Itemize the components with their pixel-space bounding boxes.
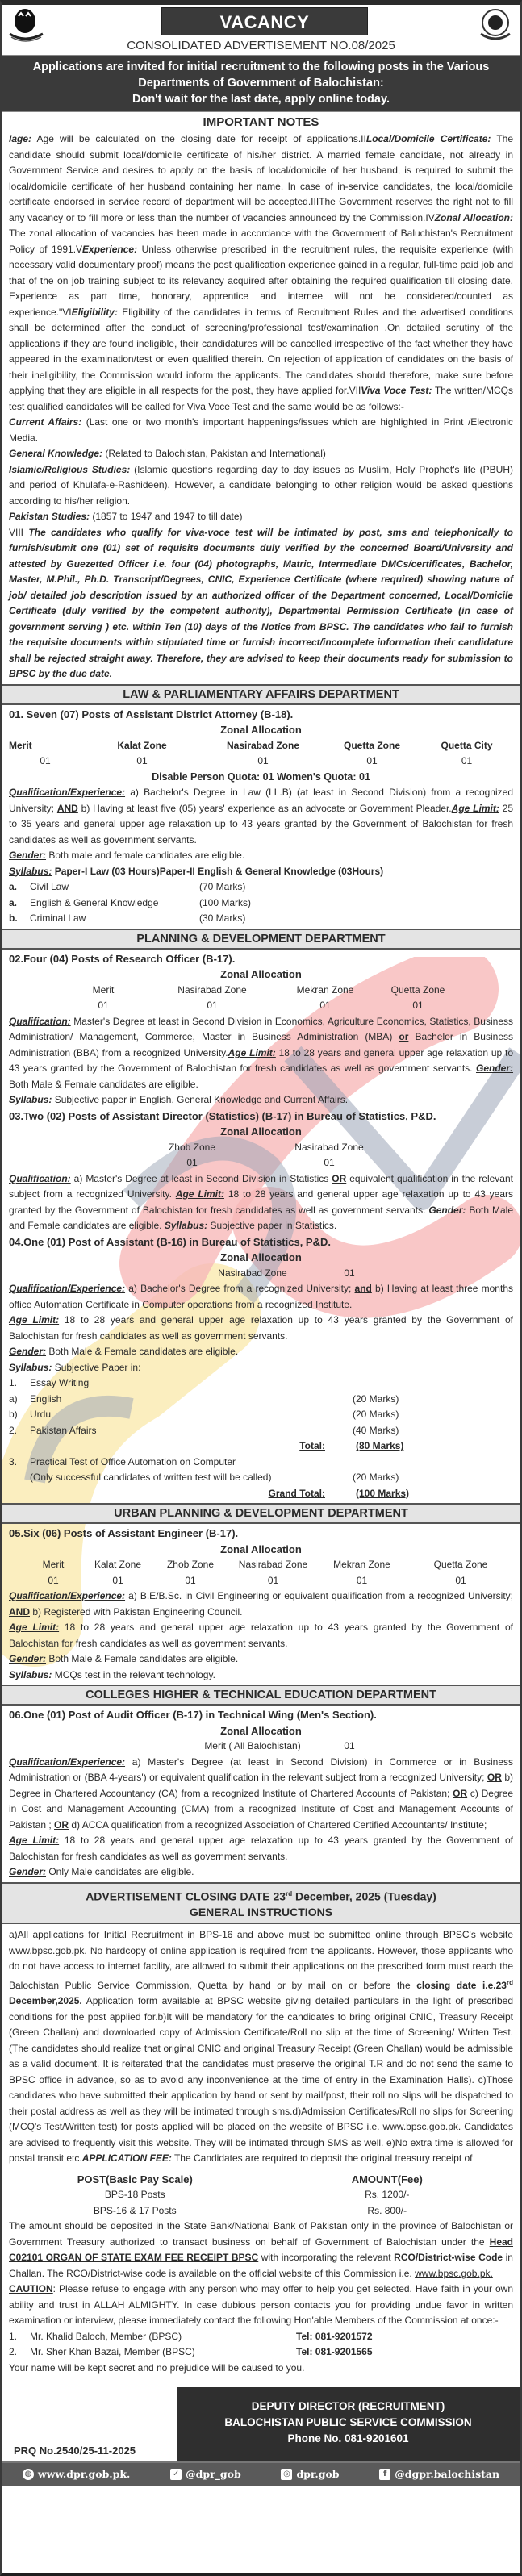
text: Both Male & Female candidates are eligib… [46, 1346, 238, 1357]
text: or [399, 1031, 408, 1042]
signatory-phone: Phone No. 081-9201601 [177, 2431, 520, 2447]
social-link[interactable]: f@dgpr.balochistan [379, 2466, 499, 2482]
label: Age Limit: [176, 1188, 224, 1200]
zone-name: Merit [25, 1557, 81, 1573]
zone-count: 01 [404, 1573, 517, 1589]
label: Gender: [428, 1204, 466, 1216]
zone-count: 01 [81, 1573, 154, 1589]
signatory-organization: BALOCHISTAN PUBLIC SERVICE COMMISSION [177, 2415, 520, 2431]
zone-count: 01 [269, 998, 382, 1014]
social-links-bar: ◍www.dpr.gob.pk.✓@dpr_gob◎dpr.gobf@dgpr.… [2, 2461, 520, 2486]
member-number: 1. [9, 2329, 30, 2345]
post-title: 03.Two (02) Posts of Assistant Director … [2, 1108, 520, 1125]
subject-marks: (20 Marks) [353, 1392, 433, 1408]
subject-name: Essay Writing [30, 1376, 353, 1392]
zonal-allocation-table: MeritKalat ZoneNasirabad ZoneQuetta Zone… [2, 738, 520, 770]
subject-marks: (30 Marks) [199, 911, 296, 927]
social-handle: @dpr_gob [186, 2466, 241, 2482]
label: Age Limit: [9, 1835, 59, 1846]
fee-post: BPS-18 Posts [9, 2187, 261, 2203]
grand-total-row: Grand Total:(100 Marks) [2, 1486, 520, 1502]
fee-amount: Rs. 1200/- [261, 2187, 514, 2203]
banner-line: Departments of Government of Balochistan… [2, 75, 520, 91]
note-label: Zonal Allocation: [435, 212, 513, 223]
post-title: 06.One (01) Post of Audit Officer (B-17)… [2, 1707, 520, 1723]
zone-name: Merit [9, 738, 81, 754]
syllabus: Syllabus: Subjective Paper in: [2, 1360, 520, 1376]
text: The amount should be deposited in the St… [9, 2220, 513, 2248]
note-text: The candidate should submit local/domici… [9, 133, 513, 223]
syllabus: Syllabus: Paper-I Law (03 Hours)Paper-II… [2, 864, 520, 880]
text: Subjective paper in English, General Kno… [52, 1094, 348, 1105]
zone-name: Nasirabad Zone [261, 1140, 398, 1156]
member-row: 1.Mr. Khalid Baloch, Member (BPSC)Tel: 0… [2, 2329, 520, 2345]
item-marks: (20 Marks) [353, 1470, 433, 1486]
post-title: 04.One (01) Post of Assistant (B-16) in … [2, 1234, 520, 1250]
fee-table: POST(Basic Pay Scale) AMOUNT(Fee) BPS-18… [2, 2167, 520, 2219]
member-phone: Tel: 081-9201572 [296, 2329, 457, 2345]
gender: Gender: Both Male & Female candidates ar… [2, 1651, 520, 1668]
label: Age Limit: [9, 1314, 59, 1326]
viva-current-affairs: Current Affairs: (Last one or two month'… [2, 415, 520, 446]
label: Gender: [9, 1653, 46, 1664]
note-text: (Related to Balochistan, Pakistan and In… [102, 448, 326, 459]
syllabus-subject-row: 2.Pakistan Affairs(40 Marks) [2, 1423, 520, 1439]
gender: Gender: Only Male candidates are eligibl… [2, 1864, 520, 1881]
practical-note-row: (Only successful candidates of written t… [2, 1470, 520, 1486]
total-marks: (80 Marks) [356, 1438, 436, 1455]
department-planning-development: PLANNING & DEVELOPMENT DEPARTMENT [2, 929, 520, 950]
syllabus-subject-row: b)Urdu(20 Marks) [2, 1407, 520, 1423]
subject-marks: (70 Marks) [199, 879, 296, 896]
grand-total-marks: (100 Marks) [356, 1486, 436, 1502]
note-label: Iage: [9, 133, 31, 144]
label: Syllabus: [9, 1094, 52, 1105]
zone-name: Nasirabad Zone [156, 983, 269, 999]
text: OR [487, 1772, 502, 1783]
text: Subjective paper in Statistics. [207, 1220, 336, 1231]
zone-name: Nasirabad Zone [203, 738, 324, 754]
note-label: Pakistan Studies: [9, 511, 90, 522]
zone-count: 01 [154, 1573, 227, 1589]
subject-name: English [30, 1392, 353, 1408]
gender: Gender: Both Male & Female candidates ar… [2, 1344, 520, 1360]
note-viii: VIII The candidates who qualify for viva… [2, 525, 520, 683]
social-link[interactable]: ◍www.dpr.gob.pk. [23, 2466, 131, 2482]
syllabus-subjects: a.Civil Law(70 Marks)a.English & General… [2, 879, 520, 927]
label: Qualification/Experience: [9, 787, 125, 798]
zone-name: Quetta Zone [324, 738, 420, 754]
subject-name: Pakistan Affairs [30, 1423, 353, 1439]
label: Syllabus: [9, 1362, 52, 1373]
text: OR [54, 1819, 69, 1831]
zone-count: 01 [25, 1573, 81, 1589]
subject-number: 2. [9, 1423, 30, 1439]
text: MCQs test in the relevant technology. [52, 1669, 215, 1680]
closing-date: ADVERTISEMENT CLOSING DATE 23rd December… [2, 1886, 520, 1905]
deposit-instructions: The amount should be deposited in the St… [2, 2219, 520, 2282]
text: December,2025. [9, 1995, 82, 2006]
commission-members: 1.Mr. Khalid Baloch, Member (BPSC)Tel: 0… [2, 2329, 520, 2361]
label: Age Limit: [452, 803, 499, 814]
member-row: 2.Mr. Sher Khan Bazai, Member (BPSC)Tel:… [2, 2344, 520, 2361]
member-name: Mr. Sher Khan Bazai, Member (BPSC) [30, 2344, 296, 2361]
viva-pakistan-studies: Pakistan Studies: (1857 to 1947 and 1947… [2, 509, 520, 525]
zonal-allocation-label: Zonal Allocation [2, 1542, 520, 1558]
label: Qualification: [9, 1173, 71, 1184]
vacancy-title: VACANCY [161, 7, 368, 35]
caution-text: : Please refuse to engage with any perso… [9, 2283, 513, 2326]
social-link[interactable]: ◎dpr.gob [281, 2466, 339, 2482]
item-name: Practical Test of Office Automation on C… [30, 1455, 353, 1471]
zonal-allocation-label: Zonal Allocation [2, 1723, 520, 1739]
subject-number: a. [9, 896, 30, 912]
member-phone: Tel: 081-9201565 [296, 2344, 457, 2361]
text: a) Master's Degree at least in Second Di… [71, 1173, 332, 1184]
text: closing date i.e.23 [416, 1980, 507, 1991]
total-label: Total: [243, 1438, 356, 1455]
zone-count: 01 [324, 754, 420, 770]
note-label: Experience: [82, 244, 137, 255]
closing-date-banner: ADVERTISEMENT CLOSING DATE 23rd December… [2, 1882, 520, 1925]
label: Syllabus: [9, 1669, 52, 1680]
footer: PRQ No.2540/25-11-2025 DEPUTY DIRECTOR (… [2, 2387, 520, 2461]
label: Age Limit: [228, 1047, 276, 1058]
zonal-allocation-table: Zhob ZoneNasirabad Zone0101 [2, 1140, 520, 1171]
text: 18 to 28 years and general upper age rel… [9, 1622, 513, 1649]
subject-name: Criminal Law [30, 911, 199, 927]
post-title: 05.Six (06) Posts of Assistant Engineer … [2, 1526, 520, 1542]
subject-marks: (40 Marks) [353, 1423, 433, 1439]
syllabus-subject-row: a)English(20 Marks) [2, 1392, 520, 1408]
label: Qualification/Experience: [9, 1590, 125, 1601]
zone-name: Zhob Zone [123, 1140, 261, 1156]
label: APPLICATION FEE: [82, 2152, 172, 2164]
subject-name: English & General Knowledge [30, 896, 199, 912]
note-text: Age will be calculated on the closing da… [31, 133, 366, 144]
text: d) ACCA qualification from a recognized … [69, 1819, 487, 1831]
vacancy-advertisement: VACANCY CONSOLIDATED ADVERTISEMENT NO.08… [0, 0, 522, 2576]
text: Subjective Paper in: [52, 1362, 140, 1373]
member-number: 2. [9, 2344, 30, 2361]
label: Qualification/Experience: [9, 1756, 125, 1768]
note-text: The candidates who qualify for viva-voce… [9, 527, 513, 680]
closing-date-text: December, 2025 (Tuesday) [292, 1889, 436, 1902]
subject-marks: (20 Marks) [353, 1407, 433, 1423]
fee-col-post: POST(Basic Pay Scale) [9, 2172, 261, 2188]
zone-count: 01 [156, 998, 269, 1014]
header: VACANCY CONSOLIDATED ADVERTISEMENT NO.08… [2, 5, 520, 55]
note-label: Eligibility: [72, 307, 118, 318]
zone-name: Quetta Zone [382, 983, 454, 999]
label: Qualification/Experience: [9, 1283, 125, 1294]
text: and [355, 1283, 372, 1294]
syllabus-subjects: 1.Essay Writinga)English(20 Marks)b)Urdu… [2, 1376, 520, 1438]
viva-islamic-studies: Islamic/Religious Studies: (Islamic ques… [2, 462, 520, 510]
twitter-icon: ✓ [170, 2469, 182, 2480]
secrecy-note: Your name will be kept secret and no pre… [2, 2361, 520, 2377]
department-urban-planning: URBAN PLANNING & DEVELOPMENT DEPARTMENT [2, 1503, 520, 1524]
age-limit: Age Limit: 18 to 28 years and general up… [2, 1313, 520, 1344]
zonal-allocation-table: MeritKalat ZoneZhob ZoneNasirabad ZoneMe… [2, 1557, 520, 1589]
closing-label: ADVERTISEMENT CLOSING DATE 23 [86, 1889, 286, 1902]
note-label: Current Affairs: [9, 416, 81, 428]
zone-count: 01 [123, 1155, 261, 1171]
zone-count: 01 [51, 998, 156, 1014]
item-note: (Only successful candidates of written t… [30, 1470, 353, 1486]
zonal-allocation-label: Zonal Allocation [2, 722, 520, 738]
text: 18 to 28 years and general upper age rel… [9, 1314, 513, 1342]
subject-number: b) [9, 1407, 30, 1423]
post-title: 01. Seven (07) Posts of Assistant Distri… [2, 707, 520, 723]
general-instructions-body: a)All applications for Initial Recruitme… [2, 1927, 520, 2167]
zone-name: Nasirabad Zone [227, 1557, 319, 1573]
text: a) B.E/B.Sc. in Civil Engineering or equ… [125, 1590, 513, 1601]
note-label: General Knowledge: [9, 448, 102, 459]
qualification: Qualification/Experience: a) Bachelor's … [2, 785, 520, 848]
zone-count: 01 [81, 754, 203, 770]
fee-col-amount: AMOUNT(Fee) [261, 2172, 514, 2188]
text: OR [332, 1173, 346, 1184]
zonal-allocation-label: Zonal Allocation [2, 1250, 520, 1266]
invitation-banner: Applications are invited for initial rec… [2, 55, 520, 112]
label: Syllabus: [9, 866, 52, 877]
qualification: Qualification: a) Master's Degree at lea… [2, 1171, 520, 1234]
label: Syllabus: [165, 1220, 207, 1231]
practical-test-row: 3.Practical Test of Office Automation on… [2, 1455, 520, 1471]
subject-number: a. [9, 879, 30, 896]
zone-name: Quetta Zone [404, 1557, 517, 1573]
zone-count: 01 [227, 1573, 319, 1589]
closing-sup: rd [286, 1890, 292, 1898]
qualification: Qualification: Master's Degree at least … [2, 1014, 520, 1093]
note-text: Eligibility of the candidates in terms o… [9, 307, 513, 397]
social-handle: @dgpr.balochistan [395, 2466, 499, 2482]
zone-count: 01 [420, 754, 513, 770]
subject-name: Urdu [30, 1407, 353, 1423]
zonal-allocation-label: Zonal Allocation [2, 967, 520, 983]
important-notes-title: IMPORTANT NOTES [2, 114, 520, 132]
zone-count: 01 [319, 1573, 404, 1589]
fee-amount: Rs. 800/- [261, 2203, 514, 2219]
zone-count: 01 [382, 998, 454, 1014]
note-text: (1857 to 1947 and 1947 to till date) [90, 511, 242, 522]
caution-label: CAUTION [9, 2283, 53, 2294]
subject-number: b. [9, 911, 30, 927]
bpsc-emblem-icon [476, 6, 515, 45]
important-notes-body: Iage: Age will be calculated on the clos… [2, 132, 520, 415]
label: Age Limit: [9, 1622, 59, 1633]
text: Application form available at BPSC websi… [9, 1995, 513, 2164]
bpsc-website-link[interactable]: www.bpsc.gob.pk. [415, 2268, 493, 2279]
caution: CAUTION: Please refuse to engage with an… [2, 2282, 520, 2329]
syllabus: Syllabus: Subjective paper in English, G… [2, 1092, 520, 1108]
text: AND [9, 1606, 30, 1618]
note-label: Islamic/Religious Studies: [9, 464, 130, 475]
zone-name: Merit [51, 983, 156, 999]
zonal-allocation-label: Zonal Allocation [2, 1124, 520, 1140]
signatory-box: DEPUTY DIRECTOR (RECRUITMENT) BALOCHISTA… [177, 2387, 520, 2461]
qualification: Qualification/Experience: a) Bachelor's … [2, 1281, 520, 1313]
syllabus-subject-row: b.Criminal Law(30 Marks) [2, 911, 520, 927]
gender: Gender: Both male and female candidates … [2, 848, 520, 864]
text: Both Male & Female candidates are eligib… [46, 1653, 238, 1664]
text: OR [453, 1788, 467, 1799]
zone-count: 01 [261, 1155, 398, 1171]
text: b) Having at least five (05) years' expe… [78, 803, 452, 814]
facebook-icon: f [379, 2469, 390, 2480]
text: 18 to 28 years and general upper age rel… [9, 1835, 513, 1862]
total-row: Total:(80 Marks) [2, 1438, 520, 1455]
viva-general-knowledge: General Knowledge: (Related to Balochist… [2, 446, 520, 462]
age-limit: Age Limit: 18 to 28 years and general up… [2, 1620, 520, 1651]
text: rd [507, 1979, 513, 1986]
post-title: 02.Four (04) Posts of Research Officer (… [2, 951, 520, 967]
text: Paper-I Law (03 Hours)Paper-II English &… [52, 866, 383, 877]
banner-line: Don't wait for the last date, apply onli… [2, 91, 520, 107]
social-handle: dpr.gob [296, 2466, 339, 2482]
label: Qualification: [9, 1016, 71, 1027]
zone-name: Quetta City [420, 738, 513, 754]
label: Gender: [9, 850, 46, 861]
label: Gender: [9, 1866, 46, 1877]
zone-count: 01 [203, 754, 324, 770]
zone-name: Zhob Zone [154, 1557, 227, 1573]
text: Both male and female candidates are elig… [46, 850, 244, 861]
zone-count: 01 [9, 754, 81, 770]
subject-marks [353, 1376, 433, 1392]
globe-icon: ◍ [23, 2469, 34, 2480]
grand-total-label: Grand Total: [243, 1486, 356, 1502]
instagram-icon: ◎ [281, 2469, 292, 2480]
member-name: Mr. Khalid Baloch, Member (BPSC) [30, 2329, 296, 2345]
text: Both Male & Female candidates are eligib… [9, 1079, 198, 1090]
text: b) Registered with Pakistan Engineering … [30, 1606, 242, 1618]
signatory-title: DEPUTY DIRECTOR (RECRUITMENT) [177, 2399, 520, 2415]
note-text: (Last one or two month's important happe… [9, 416, 513, 444]
general-instructions-title: GENERAL INSTRUCTIONS [2, 1904, 520, 1920]
subject-marks: (100 Marks) [199, 896, 296, 912]
zone-name: Merit ( All Balochistan) [180, 1739, 325, 1755]
syllabus: Syllabus: MCQs test in the relevant tech… [2, 1668, 520, 1684]
banner-line: Applications are invited for initial rec… [2, 59, 520, 75]
prq-number: PRQ No.2540/25-11-2025 [14, 2443, 136, 2459]
syllabus-subject-row: a.Civil Law(70 Marks) [2, 879, 520, 896]
text: a) Bachelor's Degree from a recognized U… [125, 1283, 354, 1294]
department-colleges-higher-education: COLLEGES HIGHER & TECHNICAL EDUCATION DE… [2, 1685, 520, 1706]
item-number: 3. [9, 1455, 30, 1471]
zone-name: Mekran Zone [319, 1557, 404, 1573]
note-label: Local/Domicile Certificate: [366, 133, 491, 144]
social-link[interactable]: ✓@dpr_gob [170, 2466, 241, 2482]
fee-post: BPS-16 & 17 Posts [9, 2203, 261, 2219]
zone-name: Kalat Zone [81, 1557, 154, 1573]
text: RCO/District-wise Code [394, 2252, 503, 2263]
zone-name: Mekran Zone [269, 983, 382, 999]
zone-count: 01 [325, 1266, 374, 1282]
zone-name: Nasirabad Zone [180, 1266, 325, 1282]
quota-info: Disable Person Quota: 01 Women's Quota: … [2, 770, 520, 786]
zonal-allocation-table: Merit ( All Balochistan) 01 [2, 1739, 520, 1755]
department-law: LAW & PARLIAMENTARY AFFAIRS DEPARTMENT [2, 684, 520, 705]
text: Only Male candidates are eligible. [46, 1866, 194, 1877]
zone-name: Kalat Zone [81, 738, 203, 754]
subject-number: 1. [9, 1376, 30, 1392]
zonal-allocation-table: MeritNasirabad ZoneMekran ZoneQuetta Zon… [2, 983, 520, 1014]
syllabus-subject-row: 1.Essay Writing [2, 1376, 520, 1392]
note-label: VIII [9, 527, 28, 538]
qualification: Qualification/Experience: a) Master's De… [2, 1755, 520, 1834]
label: Gender: [476, 1063, 513, 1074]
text: The Candidates are required to deposit t… [172, 2152, 473, 2164]
advertisement-number: CONSOLIDATED ADVERTISEMENT NO.08/2025 [2, 38, 520, 54]
subject-number: a) [9, 1392, 30, 1408]
zone-count: 01 [325, 1739, 374, 1755]
age-limit: Age Limit: 18 to 28 years and general up… [2, 1833, 520, 1864]
label: Gender: [9, 1346, 46, 1357]
subject-name: Civil Law [30, 879, 199, 896]
zonal-allocation-table: Nasirabad Zone 01 [2, 1266, 520, 1282]
social-handle: www.dpr.gob.pk. [38, 2466, 131, 2482]
qualification: Qualification/Experience: a) B.E/B.Sc. i… [2, 1589, 520, 1620]
text: with incorporating the relevant [258, 2252, 394, 2263]
text: AND [57, 803, 78, 814]
note-label: Viva Voce Test: [361, 385, 432, 396]
syllabus-subject-row: a.English & General Knowledge(100 Marks) [2, 896, 520, 912]
